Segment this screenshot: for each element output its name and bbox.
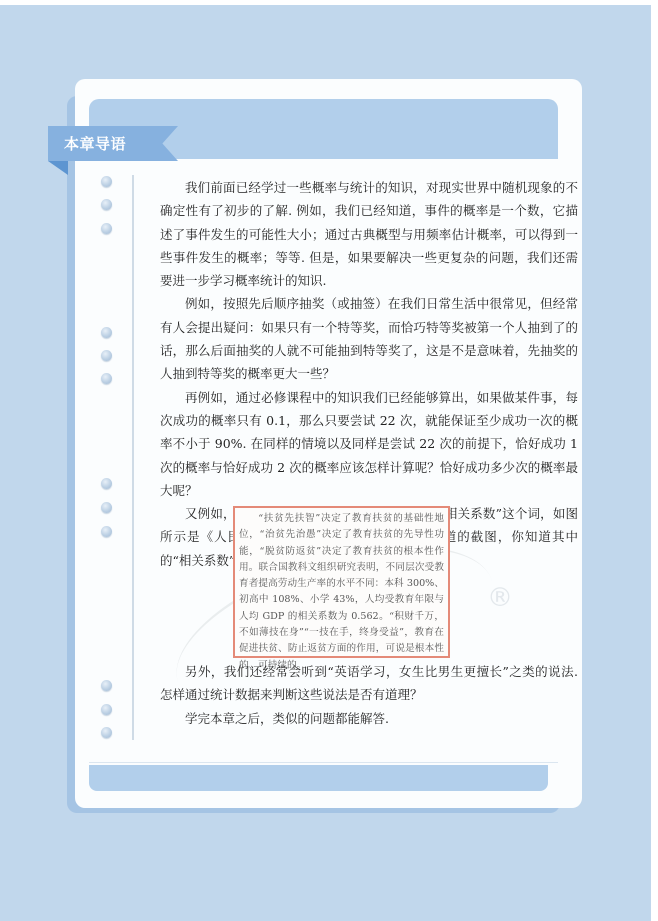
- footer-band: [89, 765, 548, 791]
- clipping-text: “扶贫先扶智”决定了教育扶贫的基础性地位，“治贫先治愚”决定了教育扶贫的先导性功…: [239, 511, 444, 674]
- paragraph: 我们前面已经学过一些概率与统计的知识，对现实世界中随机现象的不确定性有了初步的了…: [160, 176, 578, 292]
- binder-ring-icon: [101, 176, 112, 187]
- binder-ring-icon: [101, 223, 112, 234]
- binder-ring-icon: [101, 373, 112, 384]
- footer-divider: [89, 762, 558, 763]
- closing-text: 另外，我们还经常会听到“英语学习，女生比男生更擅长”之类的说法. 怎样通过统计数…: [160, 660, 578, 730]
- binder-ring-icon: [101, 350, 112, 361]
- registered-mark-icon: ®: [487, 583, 513, 613]
- binder-ring-icon: [101, 478, 112, 489]
- section-title: 本章导语: [64, 133, 126, 155]
- binder-ring-icon: [101, 680, 112, 691]
- binder-ring-icon: [101, 199, 112, 210]
- binder-margin-line: [132, 175, 134, 740]
- paragraph: 另外，我们还经常会听到“英语学习，女生比男生更擅长”之类的说法. 怎样通过统计数…: [160, 660, 578, 707]
- newspaper-clipping: “扶贫先扶智”决定了教育扶贫的基础性地位，“治贫先治愚”决定了教育扶贫的先导性功…: [233, 506, 450, 658]
- binder-ring-icon: [101, 502, 112, 513]
- binder-ring-icon: [101, 727, 112, 738]
- paragraph: 再例如，通过必修课程中的知识我们已经能够算出，如果做某件事，每次成功的概率只有 …: [160, 386, 578, 502]
- binder-ring-icon: [101, 327, 112, 338]
- paragraph: 例如，按照先后顺序抽奖（或抽签）在我们日常生活中很常见，但经常有人会提出疑问：如…: [160, 292, 578, 385]
- binder-ring-icon: [101, 526, 112, 537]
- paragraph: 学完本章之后，类似的问题都能解答.: [160, 707, 578, 730]
- binder-ring-icon: [101, 704, 112, 715]
